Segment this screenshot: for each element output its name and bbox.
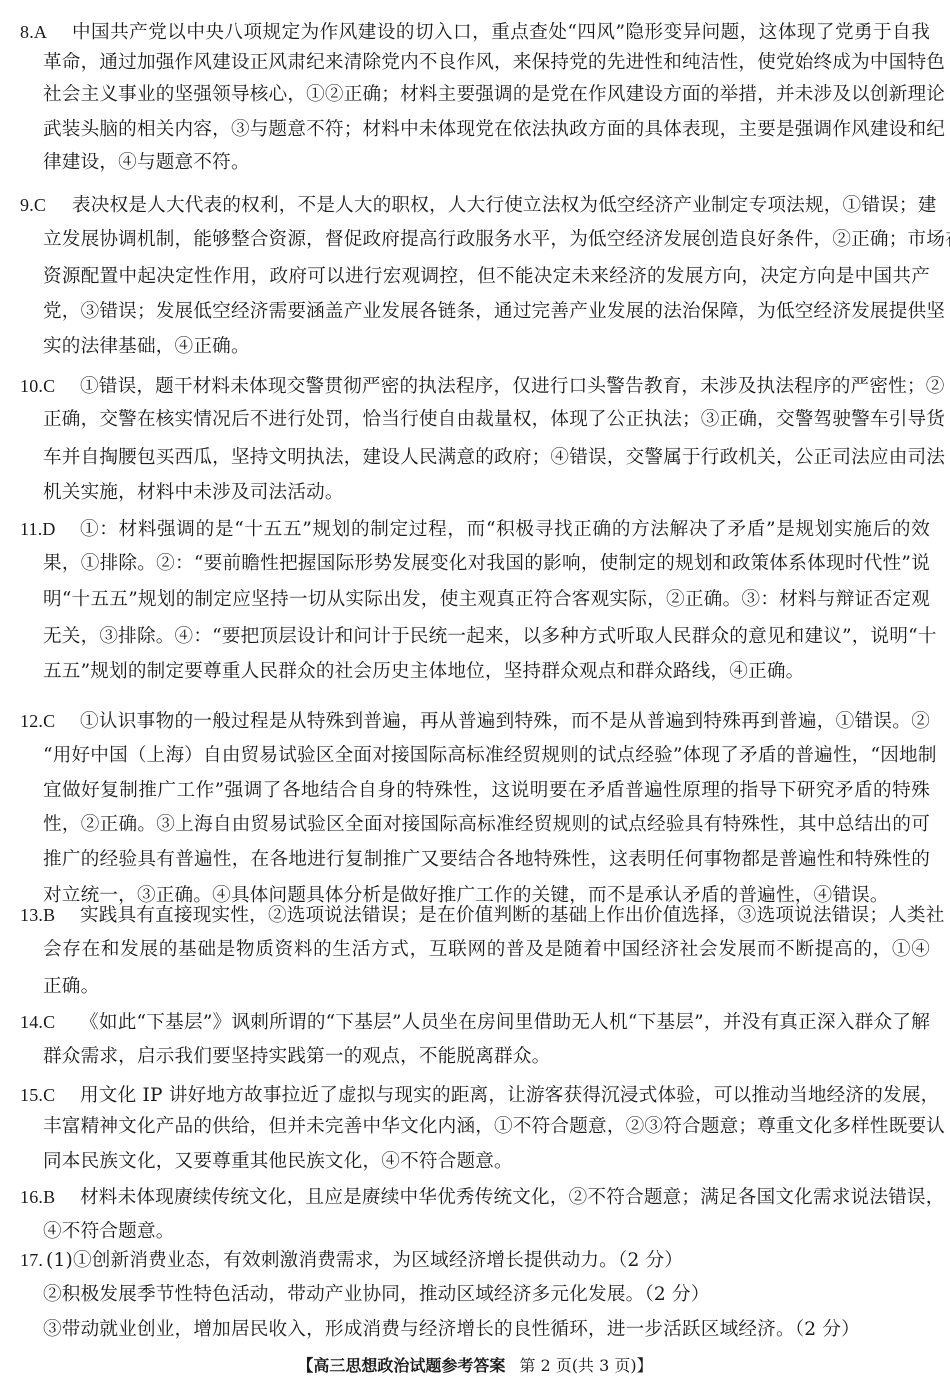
answer-line: 性，②正确。③上海自由贸易试验区全面对接国际高标准经贸规则的试点经验具有特殊性，… xyxy=(43,808,930,842)
answer-text: 材料未体现赓续传统文化，且应是赓续中华优秀传统文化，②不符合题意；满足各国文化需… xyxy=(80,1181,930,1215)
answer-text: 表决权是人大代表的权利，不是人大的职权，人大行使立法权为低空经济产业制定专项法规… xyxy=(72,189,930,223)
answer-text: 丰富精神文化产品的供给，但并未完善中华文化内涵，①不符合题意，②③符合题意；尊重… xyxy=(43,1110,930,1144)
answer-line: 会存在和发展的基础是物质资料的生活方式，互联网的普及是随着中国经济社会发展而不断… xyxy=(43,933,930,967)
answer-line: 革命，通过加强作风建设正风肃纪来清除党内不良作风，来保持党的先进性和纯洁性，使党… xyxy=(43,46,930,80)
answer-line: 车并自掏腰包买西瓜，坚持文明执法，建设人民满意的政府；④错误，交警属于行政机关，… xyxy=(43,441,930,475)
answer-text: 立发展协调机制，能够整合资源，督促政府提高行政服务水平，为低空经济发展创造良好条… xyxy=(43,223,930,257)
answer-text: 中国共产党以中央八项规定为作风建设的切入口，重点查处“四风”隐形变异问题，这体现… xyxy=(72,16,930,50)
answer-number: 8.A xyxy=(20,15,72,49)
answer-number: 10.C xyxy=(20,369,80,403)
answer-line: 正确，交警在核实情况后不进行处罚，恰当行使自由裁量权，体现了公正执法；③正确，交… xyxy=(43,403,930,437)
answer-text: 武装头脑的相关内容，③与题意不符；材料中未体现党在依法执政方面的具体表现，主要是… xyxy=(43,113,930,147)
answer-text: 正确。 xyxy=(43,970,99,1004)
answer-text: (1)①创新消费业态，有效刺激消费需求，为区域经济增长提供动力。（2 分） xyxy=(46,1244,683,1278)
answer-line: 正确。 xyxy=(43,970,99,1004)
answer-first-line: 15.C用文化 IP 讲好地方故事拉近了虚拟与现实的距离，让游客获得沉浸式体验，… xyxy=(20,1078,930,1112)
page-footer: 【高三思想政治试题参考答案第 2 页(共 3 页)】 xyxy=(0,1353,950,1379)
answer-text: 机关实施，材料中未涉及司法活动。 xyxy=(43,476,344,510)
answer-number: 16.B xyxy=(20,1180,80,1214)
answer-line: 武装头脑的相关内容，③与题意不符；材料中未体现党在依法执政方面的具体表现，主要是… xyxy=(43,113,930,147)
answer-text: 正确，交警在核实情况后不进行处罚，恰当行使自由裁量权，体现了公正执法；③正确，交… xyxy=(43,403,930,437)
footer-page-number: 第 2 页(共 3 页)】 xyxy=(519,1356,652,1375)
answer-text: 实践具有直接现实性，②选项说法错误；是在价值判断的基础上作出价值选择，③选项说法… xyxy=(80,899,930,933)
answer-line: 五五”规划的制定要尊重人民群众的社会历史主体地位，坚持群众观点和群众路线，④正确… xyxy=(43,655,804,689)
answer-text: 车并自掏腰包买西瓜，坚持文明执法，建设人民满意的政府；④错误，交警属于行政机关，… xyxy=(43,441,930,475)
answer-line: 实的法律基础，④正确。 xyxy=(43,330,250,364)
answer-text: 明“十五五”规划的制定应坚持一切从实际出发，使主观真正符合客观实际，②正确。③：… xyxy=(43,583,930,617)
answer-text: 推广的经验具有普遍性，在各地进行复制推广又要结合各地特殊性，这表明任何事物都是普… xyxy=(43,843,930,877)
answer-number: 14.C xyxy=(20,1005,80,1039)
footer-title: 【高三思想政治试题参考答案 xyxy=(297,1356,505,1375)
answer-text: ③带动就业创业，增加居民收入，形成消费与经济增长的良性循环，进一步活跃区域经济。… xyxy=(43,1313,860,1347)
answer-first-line: 9.C表决权是人大代表的权利，不是人大的职权，人大行使立法权为低空经济产业制定专… xyxy=(20,188,930,222)
answer-line: ②积极发展季节性特色活动，带动产业协同，推动区域经济多元化发展。（2 分） xyxy=(43,1278,710,1312)
answer-number: 13.B xyxy=(20,898,80,932)
answer-line: ③带动就业创业，增加居民收入，形成消费与经济增长的良性循环，进一步活跃区域经济。… xyxy=(43,1313,860,1347)
answer-line: 律建设，④与题意不符。 xyxy=(43,146,250,180)
answer-text: 群众需求，启示我们要坚持实践第一的观点，不能脱离群众。 xyxy=(43,1040,550,1074)
answer-line: “用好中国（上海）自由贸易试验区全面对接国际高标准经贸规则的试点经验”体现了矛盾… xyxy=(43,739,930,773)
answer-text: 实的法律基础，④正确。 xyxy=(43,330,250,364)
answer-text: ①：材料强调的是“十五五”规划的制定过程，而“积极寻找正确的方法解决了矛盾”是规… xyxy=(80,513,930,547)
answer-number: 15.C xyxy=(20,1078,80,1112)
answer-text: 无关，③排除。④：“要把顶层设计和问计于民统一起来，以多种方式听取人民群众的意见… xyxy=(43,620,930,654)
answer-text: ②积极发展季节性特色活动，带动产业协同，推动区域经济多元化发展。（2 分） xyxy=(43,1278,710,1312)
answer-text: 果，①排除。②：“要前瞻性把握国际形势发展变化对我国的影响，使制定的规划和政策体… xyxy=(43,547,930,581)
answer-line: 无关，③排除。④：“要把顶层设计和问计于民统一起来，以多种方式听取人民群众的意见… xyxy=(43,620,930,654)
answer-line: 群众需求，启示我们要坚持实践第一的观点，不能脱离群众。 xyxy=(43,1040,550,1074)
answer-line: 党，③错误；发展低空经济需要涵盖产业发展各链条，通过完善产业发展的法治保障，为低… xyxy=(43,295,930,329)
answer-first-line: 12.C①认识事物的一般过程是从特殊到普遍，再从普遍到特殊，而不是从普遍到特殊再… xyxy=(20,704,930,738)
answer-line: 社会主义事业的坚强领导核心，①②正确；材料主要强调的是党在作风建设方面的举措，并… xyxy=(43,78,930,112)
answer-text: 社会主义事业的坚强领导核心，①②正确；材料主要强调的是党在作风建设方面的举措，并… xyxy=(43,78,930,112)
answer-first-line: 10.C①错误，题干材料未体现交警贯彻严密的执法程序，仅进行口头警告教育，未涉及… xyxy=(20,369,930,403)
answer-first-line: 14.C《如此“下基层”》讽刺所谓的“下基层”人员坐在房间里借助无人机“下基层”… xyxy=(20,1005,930,1039)
answer-first-line: 13.B实践具有直接现实性，②选项说法错误；是在价值判断的基础上作出价值选择，③… xyxy=(20,898,930,932)
answer-number: 17. xyxy=(20,1243,46,1277)
answer-line: 机关实施，材料中未涉及司法活动。 xyxy=(43,476,344,510)
answer-line: 丰富精神文化产品的供给，但并未完善中华文化内涵，①不符合题意，②③符合题意；尊重… xyxy=(43,1110,930,1144)
answer-line: 推广的经验具有普遍性，在各地进行复制推广又要结合各地特殊性，这表明任何事物都是普… xyxy=(43,843,930,877)
answer-text: “用好中国（上海）自由贸易试验区全面对接国际高标准经贸规则的试点经验”体现了矛盾… xyxy=(43,739,930,773)
answer-text: 会存在和发展的基础是物质资料的生活方式，互联网的普及是随着中国经济社会发展而不断… xyxy=(43,933,930,967)
answer-first-line: 17.(1)①创新消费业态，有效刺激消费需求，为区域经济增长提供动力。（2 分） xyxy=(20,1243,683,1277)
answer-text: 律建设，④与题意不符。 xyxy=(43,146,250,180)
answer-first-line: 8.A中国共产党以中央八项规定为作风建设的切入口，重点查处“四风”隐形变异问题，… xyxy=(20,15,930,49)
answer-line: 资源配置中起决定性作用，政府可以进行宏观调控，但不能决定未来经济的发展方向，决定… xyxy=(43,260,930,294)
answer-text: ①错误，题干材料未体现交警贯彻严密的执法程序，仅进行口头警告教育，未涉及执法程序… xyxy=(80,370,930,404)
answer-text: 同本民族文化，又要尊重其他民族文化，④不符合题意。 xyxy=(43,1145,513,1179)
answer-text: 用文化 IP 讲好地方故事拉近了虚拟与现实的距离，让游客获得沉浸式体验，可以推动… xyxy=(80,1079,930,1113)
answer-line: 同本民族文化，又要尊重其他民族文化，④不符合题意。 xyxy=(43,1145,513,1179)
answer-number: 12.C xyxy=(20,704,80,738)
answer-line: 立发展协调机制，能够整合资源，督促政府提高行政服务水平，为低空经济发展创造良好条… xyxy=(43,223,930,257)
answer-text: 党，③错误；发展低空经济需要涵盖产业发展各链条，通过完善产业发展的法治保障，为低… xyxy=(43,295,930,329)
answer-line: 果，①排除。②：“要前瞻性把握国际形势发展变化对我国的影响，使制定的规划和政策体… xyxy=(43,547,930,581)
answer-line: 宜做好复制推广工作”强调了各地结合自身的特殊性，这说明要在矛盾普遍性原理的指导下… xyxy=(43,774,930,808)
answer-text: 资源配置中起决定性作用，政府可以进行宏观调控，但不能决定未来经济的发展方向，决定… xyxy=(43,260,930,294)
answer-line: 明“十五五”规划的制定应坚持一切从实际出发，使主观真正符合客观实际，②正确。③：… xyxy=(43,583,930,617)
answer-text: ①认识事物的一般过程是从特殊到普遍，再从普遍到特殊，而不是从普遍到特殊再到普遍，… xyxy=(80,705,930,739)
answer-text: 宜做好复制推广工作”强调了各地结合自身的特殊性，这说明要在矛盾普遍性原理的指导下… xyxy=(43,774,930,808)
answer-first-line: 16.B材料未体现赓续传统文化，且应是赓续中华优秀传统文化，②不符合题意；满足各… xyxy=(20,1180,930,1214)
answer-text: 五五”规划的制定要尊重人民群众的社会历史主体地位，坚持群众观点和群众路线，④正确… xyxy=(43,655,804,689)
answer-text: 性，②正确。③上海自由贸易试验区全面对接国际高标准经贸规则的试点经验具有特殊性，… xyxy=(43,808,930,842)
answer-text: 《如此“下基层”》讽刺所谓的“下基层”人员坐在房间里借助无人机“下基层”，并没有… xyxy=(80,1006,930,1040)
answer-number: 9.C xyxy=(20,188,72,222)
answer-first-line: 11.D①：材料强调的是“十五五”规划的制定过程，而“积极寻找正确的方法解决了矛… xyxy=(20,512,930,546)
answer-number: 11.D xyxy=(20,512,80,546)
answer-text: 革命，通过加强作风建设正风肃纪来清除党内不良作风，来保持党的先进性和纯洁性，使党… xyxy=(43,46,930,80)
